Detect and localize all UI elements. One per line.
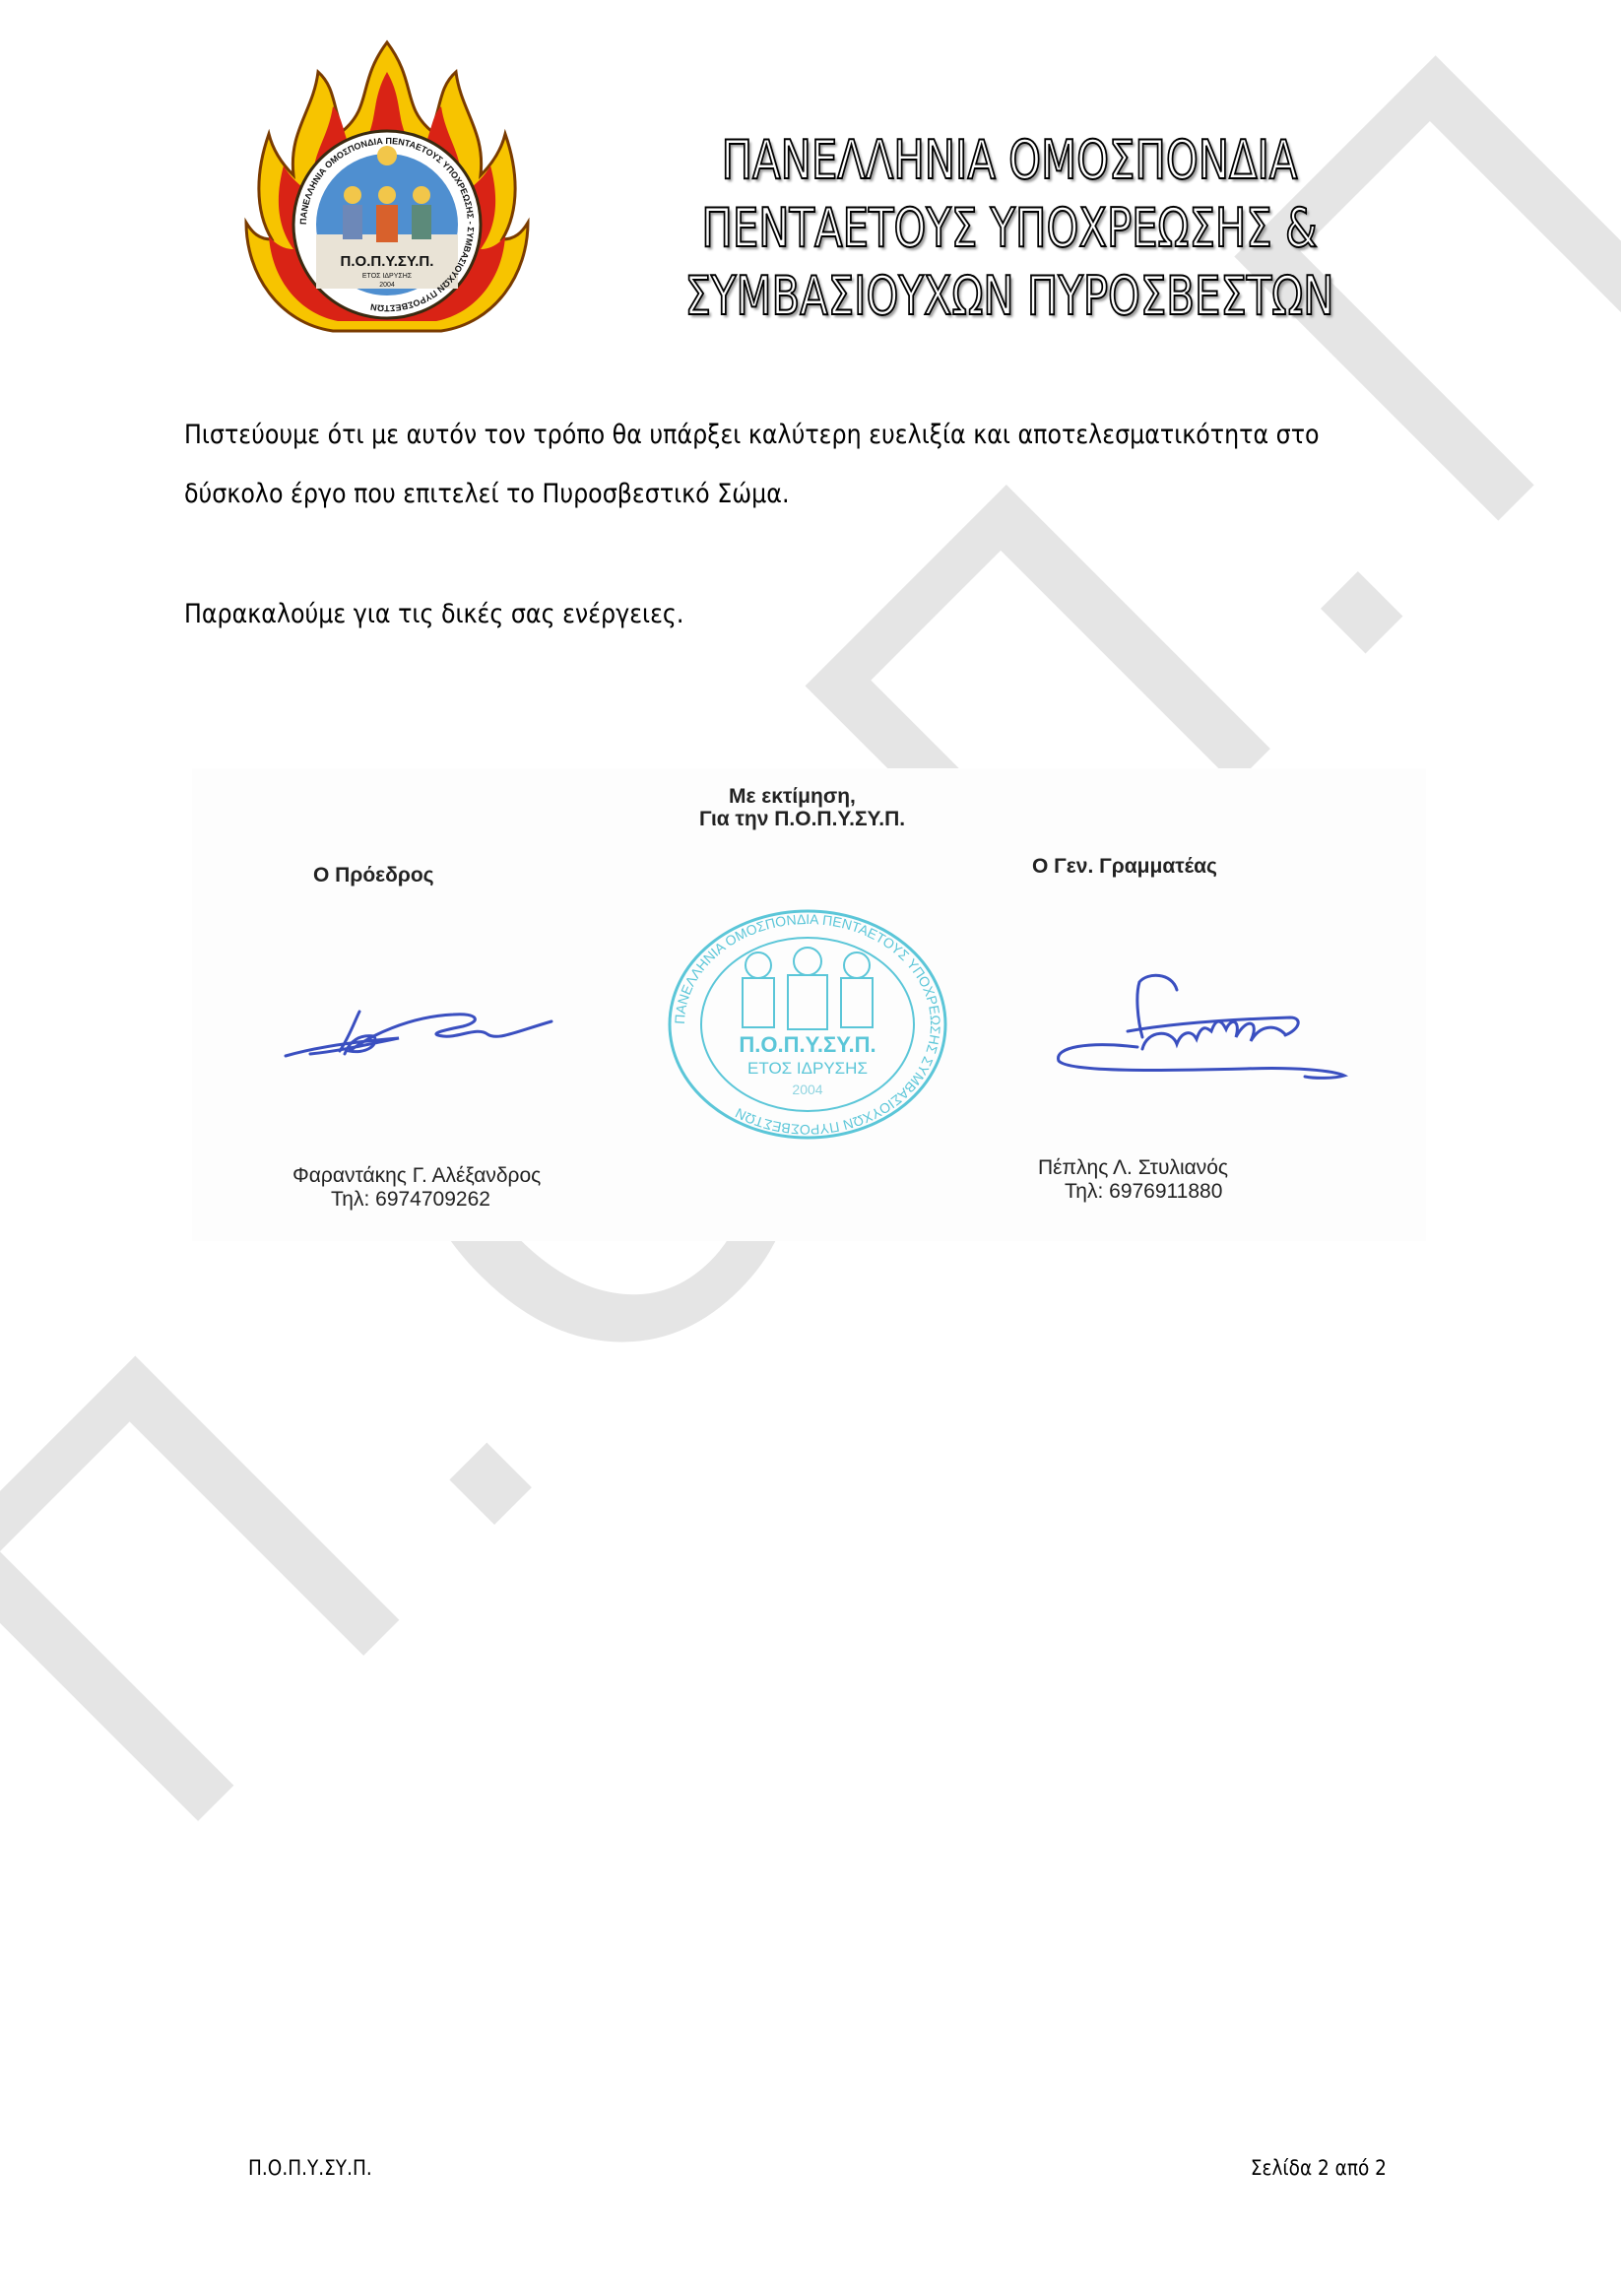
body-paragraph-line: Πιστεύουμε ότι με αυτόν τον τρόπο θα υπά…: [184, 420, 1320, 450]
stamp-founded-year: 2004: [792, 1082, 822, 1097]
stamp-ring-text: ΠΑΝΕΛΛΗΝΙΑ ΟΜΟΣΠΟΝΔΙΑ ΠΕΝΤΑΕΤΟΥΣ ΥΠΟΧΡΕΩ…: [672, 911, 943, 1138]
footer-page-number: Σελίδα 2 από 2: [1251, 2156, 1387, 2180]
logo-founded-label: ΕΤΟΣ ΙΔΡΥΣΗΣ: [362, 273, 413, 280]
request-paragraph: Παρακαλούμε για τις δικές σας ενέργειες.: [184, 599, 683, 629]
president-signature: [281, 997, 556, 1066]
secretary-phone: Τηλ: 6976911880: [1065, 1180, 1222, 1204]
president-title: Ο Πρόεδρος: [313, 864, 434, 887]
stamp-acronym: Π.Ο.Π.Υ.ΣΥ.Π.: [739, 1032, 875, 1057]
footer-organization: Π.Ο.Π.Υ.ΣΥ.Π.: [248, 2156, 372, 2180]
logo-founded-year: 2004: [379, 282, 395, 289]
secretary-name: Πέπλης Λ. Στυλιανός: [1038, 1156, 1228, 1180]
title-line: ΠΑΝΕΛΛΗΝΙΑ ΟΜΟΣΠΟΝΔΙΑ: [675, 126, 1343, 194]
body-paragraph-line: δύσκολο έργο που επιτελεί το Πυροσβεστικ…: [184, 479, 790, 509]
secretary-signature: [1049, 970, 1354, 1083]
secretary-title: Ο Γεν. Γραμματέας: [1032, 855, 1217, 879]
title-line: ΠΕΝΤΑΕΤΟΥΣ ΥΠΟΧΡΕΩΣΗΣ &: [675, 194, 1343, 262]
title-line: ΣΥΜΒΑΣΙΟΥΧΩΝ ΠΥΡΟΣΒΕΣΤΩΝ: [675, 262, 1343, 330]
federation-logo: Π.Ο.Π.Υ.ΣΥ.Π. ΕΤΟΣ ΙΔΡΥΣΗΣ 2004 ΠΑΝΕΛΛΗΝ…: [244, 37, 530, 338]
logo-acronym: Π.Ο.Π.Υ.ΣΥ.Π.: [341, 253, 434, 270]
president-name: Φαραντάκης Γ. Αλέξανδρος: [292, 1164, 541, 1188]
closing-organization: Για την Π.Ο.Π.Υ.ΣΥ.Π.: [699, 808, 905, 831]
svg-text:ΠΑΝΕΛΛΗΝΙΑ ΟΜΟΣΠΟΝΔΙΑ ΠΕΝΤΑΕΤΟ: ΠΑΝΕΛΛΗΝΙΑ ΟΜΟΣΠΟΝΔΙΑ ΠΕΝΤΑΕΤΟΥΣ ΥΠΟΧΡΕΩ…: [672, 911, 943, 1138]
organization-title: ΠΑΝΕΛΛΗΝΙΑ ΟΜΟΣΠΟΝΔΙΑ ΠΕΝΤΑΕΤΟΥΣ ΥΠΟΧΡΕΩ…: [675, 126, 1343, 330]
official-stamp: ΠΑΝΕΛΛΗΝΙΑ ΟΜΟΣΠΟΝΔΙΑ ΠΕΝΤΑΕΤΟΥΣ ΥΠΟΧΡΕΩ…: [662, 904, 953, 1146]
stamp-founded-label: ΕΤΟΣ ΙΔΡΥΣΗΣ: [747, 1059, 868, 1078]
closing-salutation: Με εκτίμηση,: [729, 785, 856, 809]
president-phone: Τηλ: 6974709262: [331, 1188, 490, 1212]
